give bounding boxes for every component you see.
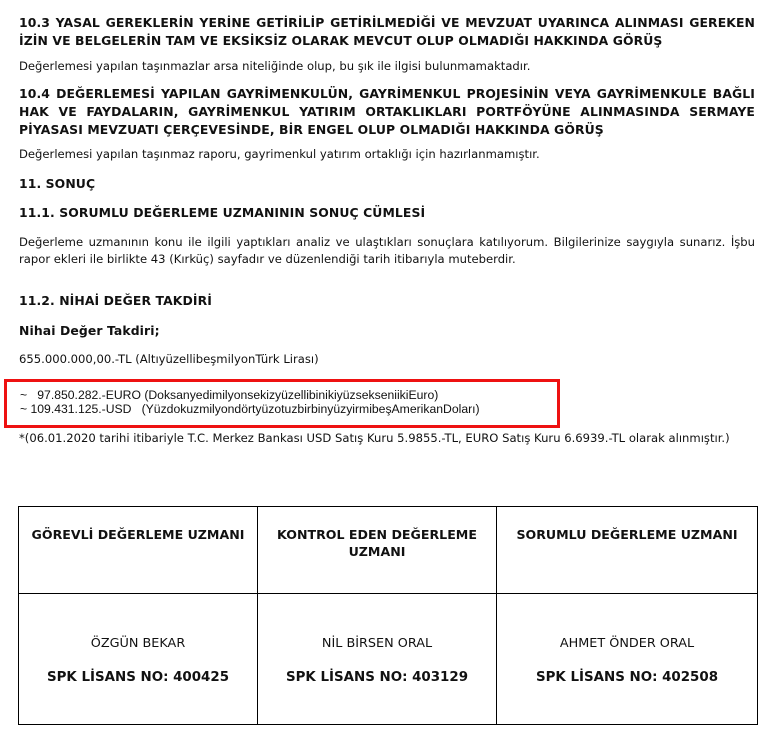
appraiser-license: SPK LİSANS NO: 402508 bbox=[497, 669, 757, 687]
signature-column-title: KONTROL EDEN DEĞERLEME UZMANI bbox=[258, 526, 496, 560]
heading-11-2: 11.2. NİHAİ DEĞER TAKDİRİ bbox=[19, 292, 212, 310]
signature-table-header-row: GÖREVLİ DEĞERLEME UZMANI KONTROL EDEN DE… bbox=[19, 507, 758, 594]
signature-table-body-row: ÖZGÜN BEKAR SPK LİSANS NO: 400425 NİL Bİ… bbox=[19, 594, 758, 725]
paragraph-11-1: Değerleme uzmanının konu ile ilgili yapt… bbox=[19, 234, 755, 268]
final-value-tl: 655.000.000,00.-TL (Altıyüzellibeşmilyon… bbox=[19, 351, 319, 368]
paragraph-10-4: Değerlemesi yapılan taşınmaz raporu, gay… bbox=[19, 146, 755, 163]
exchange-rate-note: *(06.01.2020 tarihi itibariyle T.C. Merk… bbox=[19, 430, 755, 447]
final-value-usd: ~ 109.431.125.-USD (Yüzdokuzmilyondörtyü… bbox=[20, 402, 480, 416]
heading-11-1: 11.1. SORUMLU DEĞERLEME UZMANININ SONUÇ … bbox=[19, 204, 425, 222]
heading-10-4: 10.4 DEĞERLEMESİ YAPILAN GAYRİMENKULÜN, … bbox=[19, 85, 755, 139]
fx-values-highlight-box: ~ 97.850.282.-EURO (Doksanyedimilyonseki… bbox=[4, 379, 560, 428]
signature-header-cell: KONTROL EDEN DEĞERLEME UZMANI bbox=[258, 507, 497, 594]
signature-header-cell: GÖREVLİ DEĞERLEME UZMANI bbox=[19, 507, 258, 594]
final-value-label: Nihai Değer Takdiri; bbox=[19, 322, 160, 340]
appraiser-name: NİL BİRSEN ORAL bbox=[258, 636, 496, 652]
heading-11-sonuc: 11. SONUÇ bbox=[19, 175, 95, 193]
appraiser-license: SPK LİSANS NO: 400425 bbox=[19, 669, 257, 687]
final-value-euro: ~ 97.850.282.-EURO (Doksanyedimilyonseki… bbox=[20, 388, 438, 402]
signature-column-title: SORUMLU DEĞERLEME UZMANI bbox=[497, 526, 757, 543]
signature-cell: NİL BİRSEN ORAL SPK LİSANS NO: 403129 bbox=[258, 594, 497, 725]
signature-header-cell: SORUMLU DEĞERLEME UZMANI bbox=[497, 507, 758, 594]
appraiser-license: SPK LİSANS NO: 403129 bbox=[258, 669, 496, 687]
heading-10-3: 10.3 YASAL GEREKLERİN YERİNE GETİRİLİP G… bbox=[19, 14, 755, 50]
signature-cell: ÖZGÜN BEKAR SPK LİSANS NO: 400425 bbox=[19, 594, 258, 725]
appraiser-name: AHMET ÖNDER ORAL bbox=[497, 636, 757, 652]
signature-cell: AHMET ÖNDER ORAL SPK LİSANS NO: 402508 bbox=[497, 594, 758, 725]
signature-column-title: GÖREVLİ DEĞERLEME UZMANI bbox=[19, 526, 257, 543]
appraiser-name: ÖZGÜN BEKAR bbox=[19, 636, 257, 652]
signature-table: GÖREVLİ DEĞERLEME UZMANI KONTROL EDEN DE… bbox=[18, 506, 758, 725]
paragraph-10-3: Değerlemesi yapılan taşınmazlar arsa nit… bbox=[19, 58, 755, 75]
